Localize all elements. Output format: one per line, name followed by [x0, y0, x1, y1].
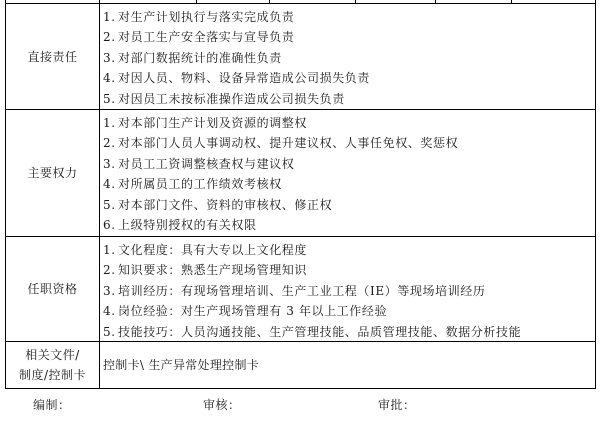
list-item: 1.对本部门生产计划及资源的调整权	[103, 113, 595, 133]
job-description-page: 直接责任 1.对生产计划执行与落实完成负责 2.对员工生产安全落实与宣导负责 3…	[0, 0, 604, 423]
item-text: 对所属员工的工作绩效考核权	[118, 177, 282, 191]
approved-by-label: 审批：	[378, 396, 416, 413]
item-number: 1.	[103, 240, 118, 260]
item-number: 1.	[103, 7, 118, 27]
row-label-line-2: 制度/控制卡	[19, 365, 86, 385]
list-item: 4.岗位经验：对生产现场管理有 3 年以上工作经验	[103, 301, 595, 321]
list-item: 2.对本部门人员人事调动权、提升建议权、人事任免权、奖惩权	[103, 133, 595, 153]
list-item: 3.培训经历：有现场管理培训、生产工业工程（IE）等现场培训经历	[103, 281, 595, 301]
job-description-table: 直接责任 1.对生产计划执行与落实完成负责 2.对员工生产安全落实与宣导负责 3…	[5, 0, 596, 389]
row-label: 直接责任	[6, 4, 100, 109]
item-number: 5.	[103, 89, 118, 109]
related-documents-content: 控制卡\ 生产异常处理控制卡	[100, 342, 595, 388]
item-number: 2.	[103, 27, 118, 47]
qualification-list: 1.文化程度：具有大专以上文化程度 2.知识要求：熟悉生产现场管理知识 3.培训…	[100, 237, 595, 341]
column-divider	[196, 0, 197, 3]
item-number: 3.	[103, 48, 118, 68]
item-number: 4.	[103, 68, 118, 88]
row-label: 任职资格	[6, 237, 100, 341]
list-item: 2.知识要求：熟悉生产现场管理知识	[103, 260, 595, 280]
item-text: 对因人员、物料、设备异常造成公司损失负责	[118, 71, 370, 85]
column-divider	[435, 0, 436, 3]
row-main-authority: 主要权力 1.对本部门生产计划及资源的调整权 2.对本部门人员人事调动权、提升建…	[6, 110, 595, 237]
list-item: 2.对员工生产安全落实与宣导负责	[103, 27, 595, 47]
column-divider	[355, 0, 356, 3]
row-qualifications: 任职资格 1.文化程度：具有大专以上文化程度 2.知识要求：熟悉生产现场管理知识…	[6, 237, 595, 342]
list-item: 1.对生产计划执行与落实完成负责	[103, 7, 595, 27]
row-label: 主要权力	[6, 110, 100, 236]
item-text: 文化程度：具有大专以上文化程度	[118, 243, 307, 257]
list-item: 1.文化程度：具有大专以上文化程度	[103, 240, 595, 260]
responsibility-list: 1.对生产计划执行与落实完成负责 2.对员工生产安全落实与宣导负责 3.对部门数…	[100, 4, 595, 109]
item-number: 3.	[103, 281, 118, 301]
item-number: 5.	[103, 195, 118, 215]
row-label: 相关文件/ 制度/控制卡	[6, 342, 100, 388]
item-number: 2.	[103, 260, 118, 280]
column-divider	[511, 0, 512, 3]
item-number: 5.	[103, 322, 118, 342]
list-item: 4.对所属员工的工作绩效考核权	[103, 174, 595, 194]
item-text: 对因员工未按标准操作造成公司损失负责	[118, 92, 345, 106]
list-item: 6.上级特别授权的有关权限	[103, 215, 595, 235]
item-text: 技能技巧：人员沟通技能、生产管理技能、品质管理技能、数据分析技能	[118, 325, 521, 339]
previous-row-remnant	[6, 0, 595, 4]
item-text: 对本部门生产计划及资源的调整权	[118, 116, 307, 130]
item-number: 3.	[103, 154, 118, 174]
item-text: 对本部门人员人事调动权、提升建议权、人事任免权、奖惩权	[118, 136, 458, 150]
item-text: 对部门数据统计的准确性负责	[118, 51, 282, 65]
item-number: 2.	[103, 133, 118, 153]
item-number: 4.	[103, 174, 118, 194]
row-direct-responsibility: 直接责任 1.对生产计划执行与落实完成负责 2.对员工生产安全落实与宣导负责 3…	[6, 4, 595, 110]
reviewed-by-label: 审核：	[203, 396, 241, 413]
item-text: 对员工生产安全落实与宣导负责	[118, 30, 294, 44]
list-item: 3.对部门数据统计的准确性负责	[103, 48, 595, 68]
list-item: 5.对因员工未按标准操作造成公司损失负责	[103, 89, 595, 109]
column-divider	[269, 0, 270, 3]
item-text: 上级特别授权的有关权限	[118, 218, 257, 232]
item-text: 对员工工资调整核查权与建议权	[118, 157, 294, 171]
item-text: 对生产计划执行与落实完成负责	[118, 10, 294, 24]
item-number: 6.	[103, 215, 118, 235]
list-item: 5.技能技巧：人员沟通技能、生产管理技能、品质管理技能、数据分析技能	[103, 322, 595, 342]
list-item: 5.对本部门文件、资料的审核权、修正权	[103, 195, 595, 215]
item-text: 培训经历：有现场管理培训、生产工业工程（IE）等现场培训经历	[118, 284, 486, 298]
item-number: 1.	[103, 113, 118, 133]
authority-list: 1.对本部门生产计划及资源的调整权 2.对本部门人员人事调动权、提升建议权、人事…	[100, 110, 595, 236]
item-text: 知识要求：熟悉生产现场管理知识	[118, 263, 307, 277]
row-label-line-1: 相关文件/	[19, 345, 86, 365]
item-text: 对本部门文件、资料的审核权、修正权	[118, 198, 332, 212]
list-item: 3.对员工工资调整核查权与建议权	[103, 154, 595, 174]
item-number: 4.	[103, 301, 118, 321]
column-divider	[99, 0, 100, 3]
prepared-by-label: 编制：	[33, 396, 71, 413]
item-text: 岗位经验：对生产现场管理有 3 年以上工作经验	[118, 304, 387, 318]
related-documents-text: 控制卡\ 生产异常处理控制卡	[103, 355, 259, 375]
row-related-documents: 相关文件/ 制度/控制卡 控制卡\ 生产异常处理控制卡	[6, 342, 595, 389]
signature-footer: 编制： 审核： 审批：	[0, 396, 604, 416]
list-item: 4.对因人员、物料、设备异常造成公司损失负责	[103, 68, 595, 88]
